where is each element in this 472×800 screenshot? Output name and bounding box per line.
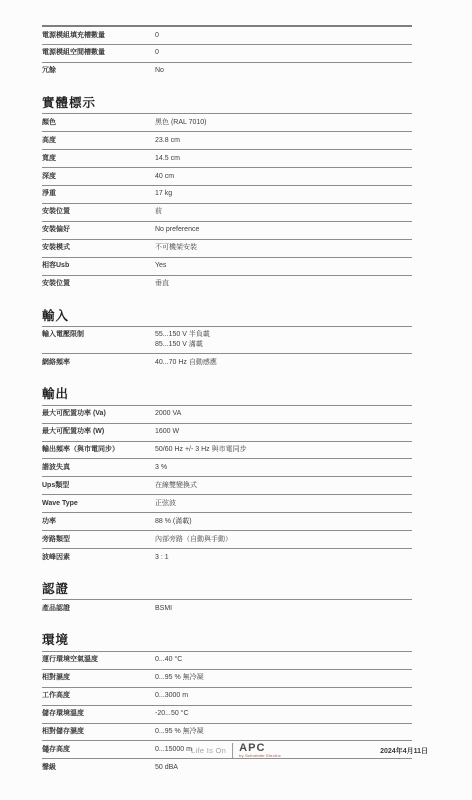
row-label: 最大可配置功率 (W) (42, 427, 155, 436)
row-label: 安裝偏好 (42, 225, 155, 234)
row-label: 輸入電壓限制 (42, 330, 155, 339)
table-row: 相容UsbYes (42, 257, 412, 275)
row-value: 40...70 Hz 自動感應 (155, 358, 412, 367)
table-row: 淨重17 kg (42, 185, 412, 203)
table-row: 工作高度0...3000 m (42, 687, 412, 705)
row-value: 0...95 % 無冷凝 (155, 727, 412, 736)
row-label: 高度 (42, 136, 155, 145)
row-value: 23.8 cm (155, 136, 412, 145)
spec-table: 最大可配置功率 (Va)2000 VA最大可配置功率 (W)1600 W輸出頻率… (42, 405, 412, 566)
row-label: 安裝位置 (42, 279, 155, 288)
row-value: 0...40 °C (155, 655, 412, 664)
table-row: 安裝模式不可機架安裝 (42, 239, 412, 257)
brand-logo: Life Is On APC by Schneider Electric (191, 743, 281, 759)
row-value: 14.5 cm (155, 154, 412, 163)
table-row: 輸出頻率（與市電同步）50/60 Hz +/- 3 Hz 與市電同步 (42, 441, 412, 459)
table-row: 儲存環境溫度-20...50 °C (42, 705, 412, 723)
row-value: Yes (155, 261, 412, 270)
row-label: Ups類型 (42, 481, 155, 490)
row-value: 前 (155, 207, 412, 216)
row-value: 內部旁路（自動與手動） (155, 535, 412, 544)
row-label: 淨重 (42, 189, 155, 198)
table-row: 產品認證BSMI (42, 599, 412, 617)
row-label: 安裝位置 (42, 207, 155, 216)
table-row: 網絡頻率40...70 Hz 自動感應 (42, 353, 412, 371)
spec-table: 輸入電壓限制55...150 V 半負載 85...150 V 滿載網絡頻率40… (42, 326, 412, 371)
table-row: 安裝偏好No preference (42, 221, 412, 239)
life-is-on-logo: Life Is On (191, 746, 226, 755)
table-row: 運行環境空氣溫度0...40 °C (42, 651, 412, 669)
row-label: 運行環境空氣溫度 (42, 655, 155, 664)
spec-table: 電源模組填充槽數量0電源模組空閒槽數量0冗餘No (42, 25, 412, 80)
row-label: 相容Usb (42, 261, 155, 270)
row-value: 正弦波 (155, 499, 412, 508)
row-value: No (155, 66, 412, 75)
spec-table: 顏色黑色 (RAL 7010)高度23.8 cm寬度14.5 cm深度40 cm… (42, 113, 412, 292)
row-value: 不可機架安裝 (155, 243, 412, 252)
row-label: 波峰因素 (42, 553, 155, 562)
row-value: 3 % (155, 463, 412, 472)
row-value: 50 dBA (155, 763, 412, 772)
spec-section: 輸入輸入電壓限制55...150 V 半負載 85...150 V 滿載網絡頻率… (42, 309, 412, 372)
row-label: 旁路類型 (42, 535, 155, 544)
table-row: Wave Type正弦波 (42, 494, 412, 512)
section-title: 環境 (42, 633, 412, 647)
table-row: 相對濕度0...95 % 無冷凝 (42, 669, 412, 687)
row-value: 55...150 V 半負載 85...150 V 滿載 (155, 330, 412, 349)
row-value: 40 cm (155, 172, 412, 181)
table-row: 電源模組空閒槽數量0 (42, 44, 412, 62)
row-label: 安裝模式 (42, 243, 155, 252)
row-value: 黑色 (RAL 7010) (155, 118, 412, 127)
row-label: 輸出頻率（與市電同步） (42, 445, 155, 454)
spec-section: 輸出最大可配置功率 (Va)2000 VA最大可配置功率 (W)1600 W輸出… (42, 387, 412, 566)
row-value: No preference (155, 225, 412, 234)
section-title: 認證 (42, 582, 412, 596)
spec-section: 認證產品認證BSMI (42, 582, 412, 617)
row-value: 17 kg (155, 189, 412, 198)
page-footer: 2 Life Is On APC by Schneider Electric 2… (0, 738, 472, 764)
table-row: 寬度14.5 cm (42, 149, 412, 167)
row-label: Wave Type (42, 499, 155, 508)
row-value: 0...95 % 無冷凝 (155, 673, 412, 682)
table-row: 高度23.8 cm (42, 131, 412, 149)
row-value: -20...50 °C (155, 709, 412, 718)
row-label: 深度 (42, 172, 155, 181)
apc-tagline: by Schneider Electric (239, 754, 281, 759)
table-row: 功率88 % (滿載) (42, 512, 412, 530)
row-label: 功率 (42, 517, 155, 526)
row-value: 50/60 Hz +/- 3 Hz 與市電同步 (155, 445, 412, 454)
row-label: 產品認證 (42, 604, 155, 613)
table-row: Ups類型在線雙變換式 (42, 476, 412, 494)
section-title: 輸入 (42, 309, 412, 323)
row-value: BSMI (155, 604, 412, 613)
table-row: 輸入電壓限制55...150 V 半負載 85...150 V 滿載 (42, 326, 412, 353)
row-label: 相對儲存濕度 (42, 727, 155, 736)
row-value: 在線雙變換式 (155, 481, 412, 490)
row-value: 0 (155, 31, 412, 40)
table-row: 最大可配置功率 (W)1600 W (42, 423, 412, 441)
section-title: 輸出 (42, 387, 412, 401)
row-label: 最大可配置功率 (Va) (42, 409, 155, 418)
footer-date: 2024年4月11日 (380, 746, 428, 756)
row-label: 工作高度 (42, 691, 155, 700)
table-row: 深度40 cm (42, 167, 412, 185)
row-label: 電源模組空閒槽數量 (42, 48, 155, 57)
row-label: 電源模組填充槽數量 (42, 31, 155, 40)
table-row: 波峰因素3 : 1 (42, 548, 412, 566)
sections-container: 電源模組填充槽數量0電源模組空閒槽數量0冗餘No實體標示顏色黑色 (RAL 70… (42, 25, 412, 776)
row-label: 聲級 (42, 763, 155, 772)
table-row: 最大可配置功率 (Va)2000 VA (42, 405, 412, 423)
table-row: 冗餘No (42, 62, 412, 80)
row-label: 寬度 (42, 154, 155, 163)
row-label: 相對濕度 (42, 673, 155, 682)
row-label: 網絡頻率 (42, 358, 155, 367)
table-row: 電源模組填充槽數量0 (42, 25, 412, 44)
row-value: 3 : 1 (155, 553, 412, 562)
page-number: 2 (46, 748, 50, 755)
spec-section: 實體標示顏色黑色 (RAL 7010)高度23.8 cm寬度14.5 cm深度4… (42, 96, 412, 293)
table-row: 旁路類型內部旁路（自動與手動） (42, 530, 412, 548)
spec-section-continued: 電源模組填充槽數量0電源模組空閒槽數量0冗餘No (42, 25, 412, 80)
table-row: 顏色黑色 (RAL 7010) (42, 113, 412, 131)
logo-divider (232, 743, 233, 758)
table-row: 諧波失真3 % (42, 458, 412, 476)
row-value: 1600 W (155, 427, 412, 436)
row-label: 諧波失真 (42, 463, 155, 472)
row-label: 冗餘 (42, 66, 155, 75)
row-value: 2000 VA (155, 409, 412, 418)
row-label: 顏色 (42, 118, 155, 127)
row-label: 儲存環境溫度 (42, 709, 155, 718)
datasheet-page: 電源模組填充槽數量0電源模組空閒槽數量0冗餘No實體標示顏色黑色 (RAL 70… (0, 0, 472, 800)
row-value: 0...3000 m (155, 691, 412, 700)
section-title: 實體標示 (42, 96, 412, 110)
spec-table: 產品認證BSMI (42, 599, 412, 617)
row-value: 垂直 (155, 279, 412, 288)
row-value: 0 (155, 48, 412, 57)
table-row: 安裝位置垂直 (42, 275, 412, 293)
row-value: 88 % (滿載) (155, 517, 412, 526)
apc-logo: APC by Schneider Electric (239, 743, 281, 759)
table-row: 安裝位置前 (42, 203, 412, 221)
